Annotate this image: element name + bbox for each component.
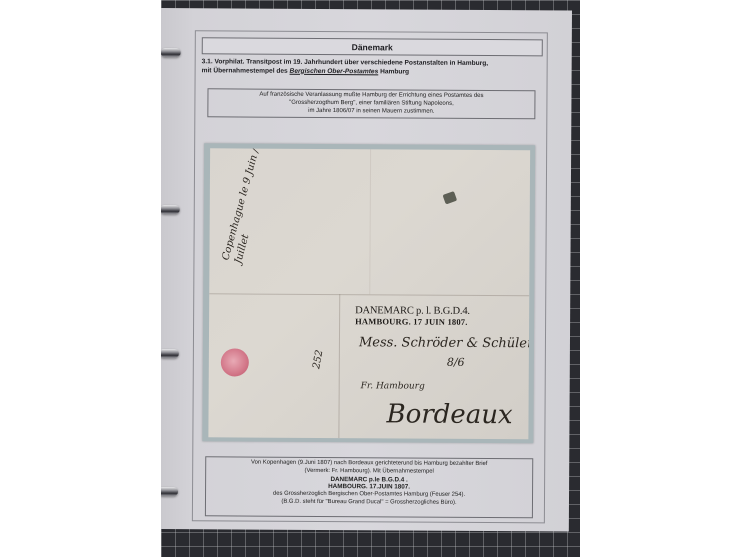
intro-line-3: im Jahre 1806/07 in seinen Mauern zustim… xyxy=(208,106,534,116)
transit-postmark: DANEMARC p. l. B.G.D.4. HAMBOURG. 17 JUI… xyxy=(355,305,470,328)
address-city: Bordeaux xyxy=(386,399,512,430)
address-recipient: Mess. Schröder & Schüler xyxy=(359,335,530,351)
postmark-line-1: DANEMARC p. l. B.G.D.4. xyxy=(355,305,470,317)
page-title: Dänemark xyxy=(202,37,543,56)
binder-ring-4 xyxy=(161,487,178,496)
address-via: Fr. Hambourg xyxy=(361,381,425,391)
docket-number: 252 xyxy=(311,349,325,370)
section-heading: 3.1. Vorphilat. Transitpost im 19. Jahrh… xyxy=(202,58,547,77)
album-sheet: Dänemark 3.1. Vorphilat. Transitpost im … xyxy=(161,8,572,532)
fold-line-vertical xyxy=(338,294,340,438)
heading-suffix: Hamburg xyxy=(378,68,409,75)
caption-line-6: (B.G.D. steht für "Bureau Grand Ducal" =… xyxy=(206,498,532,508)
fold-line-upper xyxy=(369,149,371,294)
rate-mark: 8/6 xyxy=(447,356,465,369)
letter-mount: Copenhague le 9 Juin / 1807 / reçu le 22… xyxy=(202,143,535,443)
letter-description-box: Von Kopenhagen (9.Juni 1807) nach Bordea… xyxy=(205,456,533,518)
album-page-photo: Dänemark 3.1. Vorphilat. Transitpost im … xyxy=(161,0,580,557)
binder-ring-1 xyxy=(161,48,181,57)
intro-text-box: Auf französische Veranlassung mußte Hamb… xyxy=(207,88,535,119)
binder-ring-3 xyxy=(161,349,179,358)
binder-ring-2 xyxy=(161,205,180,214)
red-wax-seal-icon xyxy=(221,348,249,376)
postmark-line-2: HAMBOURG. 17 JUIN 1807. xyxy=(355,316,470,328)
heading-underlined: Bergischen Ober-Postamtes xyxy=(290,67,379,75)
wax-residue xyxy=(443,191,458,204)
folded-letter: Copenhague le 9 Juin / 1807 / reçu le 22… xyxy=(208,148,530,439)
page-title-text: Dänemark xyxy=(352,42,393,52)
heading-prefix: mit Übernahmestempel des xyxy=(202,67,290,75)
handwritten-side-note: Copenhague le 9 Juin / 1807 / reçu le 22… xyxy=(219,148,326,265)
